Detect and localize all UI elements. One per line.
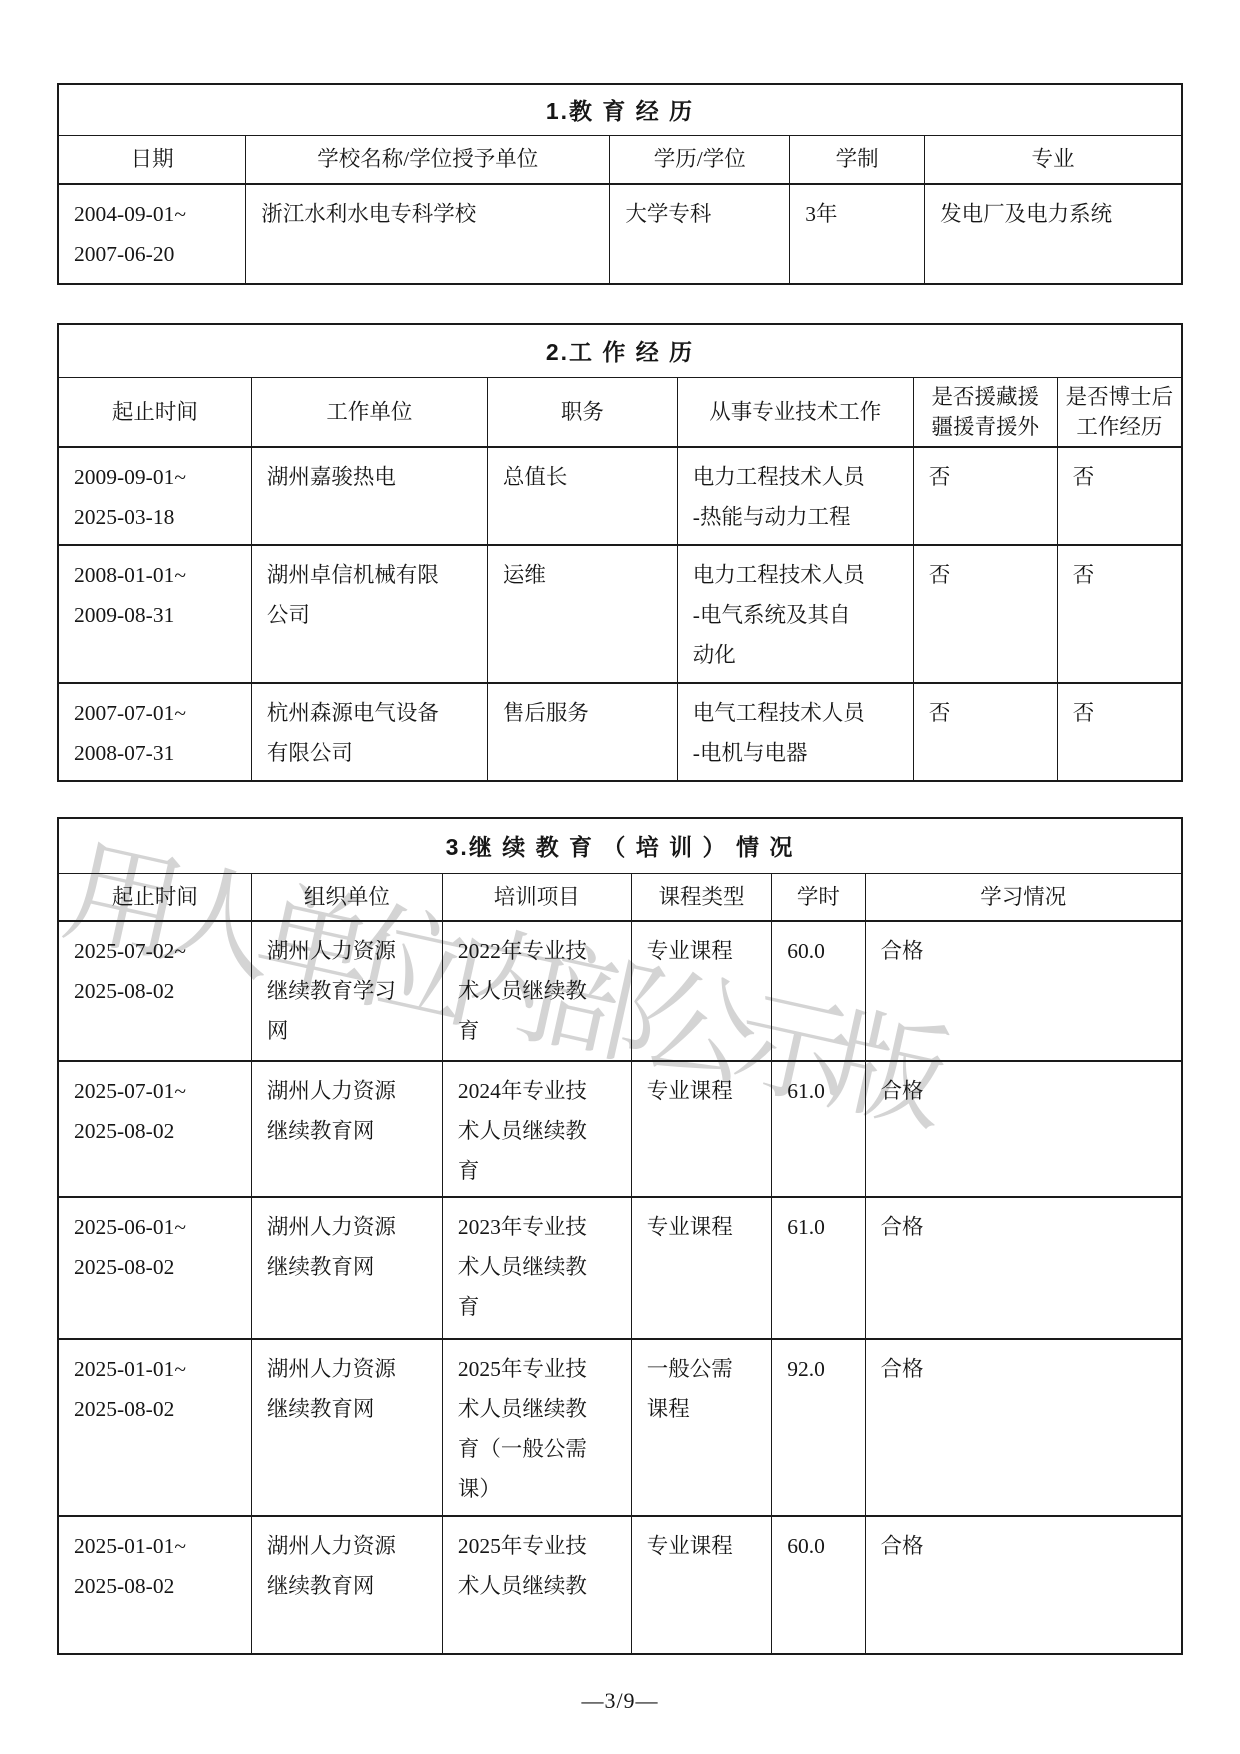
work-aid-program-cell: 否 <box>913 447 1057 545</box>
work-row: 2008-01-01~ 2009-08-31 湖州卓信机械有限 公司 运维 电力… <box>58 545 1182 683</box>
training-result-cell: 合格 <box>865 1516 1182 1654</box>
training-row: 2025-01-01~ 2025-08-02 湖州人力资源 继续教育网 2025… <box>58 1516 1182 1654</box>
training-program-cell: 2024年专业技 术人员继续教 育 <box>442 1061 631 1197</box>
training-course-type-cell: 专业课程 <box>631 1516 772 1654</box>
training-row: 2025-01-01~ 2025-08-02 湖州人力资源 继续教育网 2025… <box>58 1339 1182 1516</box>
education-title: 1.教 育 经 历 <box>58 84 1182 135</box>
training-header-course-type: 课程类型 <box>631 873 772 921</box>
work-period-cell: 2009-09-01~ 2025-03-18 <box>58 447 251 545</box>
training-period-cell: 2025-07-01~ 2025-08-02 <box>58 1061 251 1197</box>
work-position-cell: 总值长 <box>487 447 677 545</box>
work-employer-cell: 杭州森源电气设备 有限公司 <box>251 683 487 781</box>
education-major-cell: 发电厂及电力系统 <box>925 184 1182 284</box>
training-course-type-cell: 专业课程 <box>631 1061 772 1197</box>
training-result-cell: 合格 <box>865 921 1182 1061</box>
training-hours-cell: 61.0 <box>772 1197 865 1339</box>
work-row: 2007-07-01~ 2008-07-31 杭州森源电气设备 有限公司 售后服… <box>58 683 1182 781</box>
education-degree-cell: 大学专科 <box>610 184 790 284</box>
work-postdoc-cell: 否 <box>1057 545 1182 683</box>
training-course-type-cell: 一般公需 课程 <box>631 1339 772 1516</box>
training-program-cell: 2025年专业技 术人员继续教 <box>442 1516 631 1654</box>
training-organizer-cell: 湖州人力资源 继续教育网 <box>251 1197 442 1339</box>
education-school-cell: 浙江水利水电专科学校 <box>246 184 610 284</box>
work-header-aid-program: 是否援藏援 疆援青援外 <box>913 377 1057 447</box>
training-result-cell: 合格 <box>865 1197 1182 1339</box>
training-program-cell: 2025年专业技 术人员继续教 育（一般公需 课） <box>442 1339 631 1516</box>
training-period-cell: 2025-07-02~ 2025-08-02 <box>58 921 251 1061</box>
training-header-program: 培训项目 <box>442 873 631 921</box>
education-date-cell: 2004-09-01~ 2007-06-20 <box>58 184 246 284</box>
work-title: 2.工 作 经 历 <box>58 324 1182 377</box>
work-period-cell: 2008-01-01~ 2009-08-31 <box>58 545 251 683</box>
training-hours-cell: 92.0 <box>772 1339 865 1516</box>
education-header-years: 学制 <box>790 135 925 184</box>
training-row: 2025-07-02~ 2025-08-02 湖州人力资源 继续教育学习 网 2… <box>58 921 1182 1061</box>
work-header-position: 职务 <box>487 377 677 447</box>
work-aid-program-cell: 否 <box>913 683 1057 781</box>
work-period-cell: 2007-07-01~ 2008-07-31 <box>58 683 251 781</box>
training-header-hours: 学时 <box>772 873 865 921</box>
training-period-cell: 2025-01-01~ 2025-08-02 <box>58 1516 251 1654</box>
education-table: 1.教 育 经 历 日期 学校名称/学位授予单位 学历/学位 学制 专业 200… <box>57 83 1183 285</box>
work-header-employer: 工作单位 <box>251 377 487 447</box>
education-header-major: 专业 <box>925 135 1182 184</box>
training-hours-cell: 61.0 <box>772 1061 865 1197</box>
work-postdoc-cell: 否 <box>1057 683 1182 781</box>
training-organizer-cell: 湖州人力资源 继续教育网 <box>251 1339 442 1516</box>
work-tech-work-cell: 电力工程技术人员 -电气系统及其自 动化 <box>677 545 913 683</box>
work-postdoc-cell: 否 <box>1057 447 1182 545</box>
work-aid-program-cell: 否 <box>913 545 1057 683</box>
document-page: 1.教 育 经 历 日期 学校名称/学位授予单位 学历/学位 学制 专业 200… <box>0 83 1240 1655</box>
training-program-cell: 2023年专业技 术人员继续教 育 <box>442 1197 631 1339</box>
training-header-period: 起止时间 <box>58 873 251 921</box>
education-row: 2004-09-01~ 2007-06-20 浙江水利水电专科学校 大学专科 3… <box>58 184 1182 284</box>
training-hours-cell: 60.0 <box>772 921 865 1061</box>
work-table: 2.工 作 经 历 起止时间 工作单位 职务 从事专业技术工作 是否援藏援 疆援… <box>57 323 1183 782</box>
training-program-cell: 2022年专业技 术人员继续教 育 <box>442 921 631 1061</box>
training-title: 3.继 续 教 育 （ 培 训 ） 情 况 <box>58 818 1182 873</box>
education-header-school: 学校名称/学位授予单位 <box>246 135 610 184</box>
training-result-cell: 合格 <box>865 1061 1182 1197</box>
work-tech-work-cell: 电力工程技术人员 -热能与动力工程 <box>677 447 913 545</box>
work-position-cell: 运维 <box>487 545 677 683</box>
training-hours-cell: 60.0 <box>772 1516 865 1654</box>
work-position-cell: 售后服务 <box>487 683 677 781</box>
training-organizer-cell: 湖州人力资源 继续教育学习 网 <box>251 921 442 1061</box>
work-header-tech-work: 从事专业技术工作 <box>677 377 913 447</box>
training-course-type-cell: 专业课程 <box>631 1197 772 1339</box>
work-employer-cell: 湖州嘉骏热电 <box>251 447 487 545</box>
training-header-result: 学习情况 <box>865 873 1182 921</box>
training-header-organizer: 组织单位 <box>251 873 442 921</box>
training-course-type-cell: 专业课程 <box>631 921 772 1061</box>
work-row: 2009-09-01~ 2025-03-18 湖州嘉骏热电 总值长 电力工程技术… <box>58 447 1182 545</box>
education-years-cell: 3年 <box>790 184 925 284</box>
training-result-cell: 合格 <box>865 1339 1182 1516</box>
training-table: 3.继 续 教 育 （ 培 训 ） 情 况 起止时间 组织单位 培训项目 课程类… <box>57 817 1183 1655</box>
training-row: 2025-06-01~ 2025-08-02 湖州人力资源 继续教育网 2023… <box>58 1197 1182 1339</box>
education-header-degree: 学历/学位 <box>610 135 790 184</box>
training-organizer-cell: 湖州人力资源 继续教育网 <box>251 1061 442 1197</box>
work-header-postdoc: 是否博士后 工作经历 <box>1057 377 1182 447</box>
training-organizer-cell: 湖州人力资源 继续教育网 <box>251 1516 442 1654</box>
education-header-date: 日期 <box>58 135 246 184</box>
training-period-cell: 2025-06-01~ 2025-08-02 <box>58 1197 251 1339</box>
work-employer-cell: 湖州卓信机械有限 公司 <box>251 545 487 683</box>
work-tech-work-cell: 电气工程技术人员 -电机与电器 <box>677 683 913 781</box>
training-period-cell: 2025-01-01~ 2025-08-02 <box>58 1339 251 1516</box>
training-row: 2025-07-01~ 2025-08-02 湖州人力资源 继续教育网 2024… <box>58 1061 1182 1197</box>
page-number: —3/9— <box>0 1688 1240 1714</box>
work-header-period: 起止时间 <box>58 377 251 447</box>
